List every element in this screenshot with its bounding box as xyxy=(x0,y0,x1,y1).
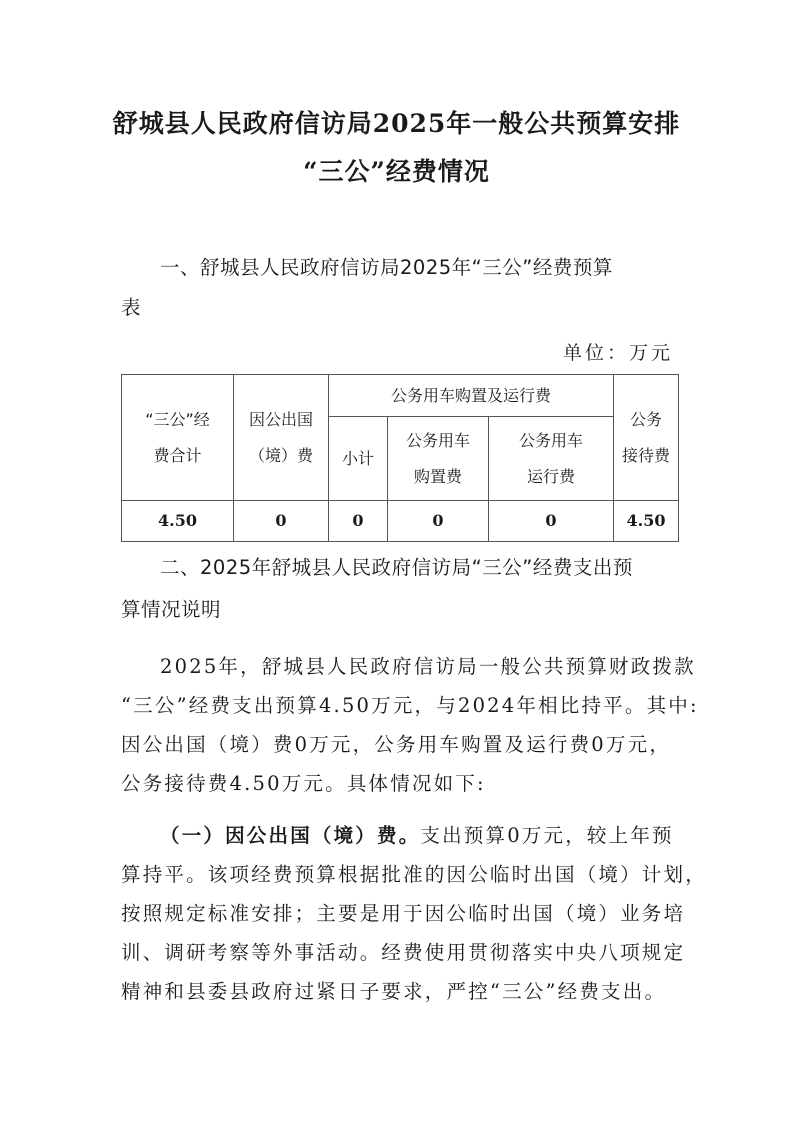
header-abroad: 因公出国 （境）费 xyxy=(234,375,329,501)
subsection1-label: （一）因公出国（境）费。 xyxy=(160,824,420,847)
header-total: “三公”经 费合计 xyxy=(122,375,234,501)
subsection1-line3: 按照规定标准安排；主要是用于因公临时出国（境）业务培 xyxy=(121,898,685,926)
subsection1-line1-rest: 支出预算0万元，较上年预 xyxy=(420,824,673,847)
header-operation-line2: 运行费 xyxy=(489,459,613,495)
subsection1-line4: 训、调研考察等外事活动。经费使用贯彻落实中央八项规定 xyxy=(121,937,685,965)
paragraph1-line1: 2025年，舒城县人民政府信访局一般公共预算财政拨款 xyxy=(160,651,696,679)
table-row: 4.50 0 0 0 0 4.50 xyxy=(122,501,679,542)
header-subtotal: 小计 xyxy=(329,417,388,501)
subsection1-line2: 算持平。该项经费预算根据批准的因公临时出国（境）计划， xyxy=(121,859,707,887)
header-total-line2: 费合计 xyxy=(122,438,233,474)
header-reception: 公务 接待费 xyxy=(614,375,679,501)
header-operation: 公务用车 运行费 xyxy=(489,417,614,501)
value-operation: 0 xyxy=(489,501,614,542)
paragraph1-line4: 公务接待费4.50万元。具体情况如下: xyxy=(121,768,486,796)
header-reception-line1: 公务 xyxy=(614,402,678,438)
unit-label: 单位：万元 xyxy=(563,338,673,365)
header-vehicle-group: 公务用车购置及运行费 xyxy=(329,375,614,417)
section1-heading-line2: 表 xyxy=(121,292,141,320)
document-title-line1: 舒城县人民政府信访局2025年一般公共预算安排 xyxy=(0,104,793,140)
value-reception: 4.50 xyxy=(614,501,679,542)
header-abroad-line1: 因公出国 xyxy=(234,402,328,438)
value-abroad: 0 xyxy=(234,501,329,542)
header-purchase-line2: 购置费 xyxy=(388,459,488,495)
subsection1-line5: 精神和县委县政府过紧日子要求，严控“三公”经费支出。 xyxy=(121,976,666,1004)
value-purchase: 0 xyxy=(388,501,489,542)
header-abroad-line2: （境）费 xyxy=(234,438,328,474)
header-purchase-line1: 公务用车 xyxy=(388,423,488,459)
value-subtotal: 0 xyxy=(329,501,388,542)
paragraph1-line2: “三公”经费支出预算4.50万元，与2024年相比持平。其中: xyxy=(121,690,699,718)
header-reception-line2: 接待费 xyxy=(614,438,678,474)
section2-heading-line2: 算情况说明 xyxy=(121,594,221,622)
header-operation-line1: 公务用车 xyxy=(489,423,613,459)
subsection1-line1: （一）因公出国（境）费。支出预算0万元，较上年预 xyxy=(160,820,674,848)
document-title-line2: “三公”经费情况 xyxy=(0,152,793,188)
header-total-line1: “三公”经 xyxy=(122,402,233,438)
paragraph1-line3: 因公出国（境）费0万元，公务用车购置及运行费0万元， xyxy=(121,729,671,757)
budget-table: “三公”经 费合计 因公出国 （境）费 公务用车购置及运行费 公务 接待费 小计… xyxy=(121,374,679,542)
value-total: 4.50 xyxy=(122,501,234,542)
section2-heading-line1: 二、2025年舒城县人民政府信访局“三公”经费支出预 xyxy=(160,552,633,580)
header-purchase: 公务用车 购置费 xyxy=(388,417,489,501)
section1-heading-line1: 一、舒城县人民政府信访局2025年“三公”经费预算 xyxy=(160,252,613,280)
